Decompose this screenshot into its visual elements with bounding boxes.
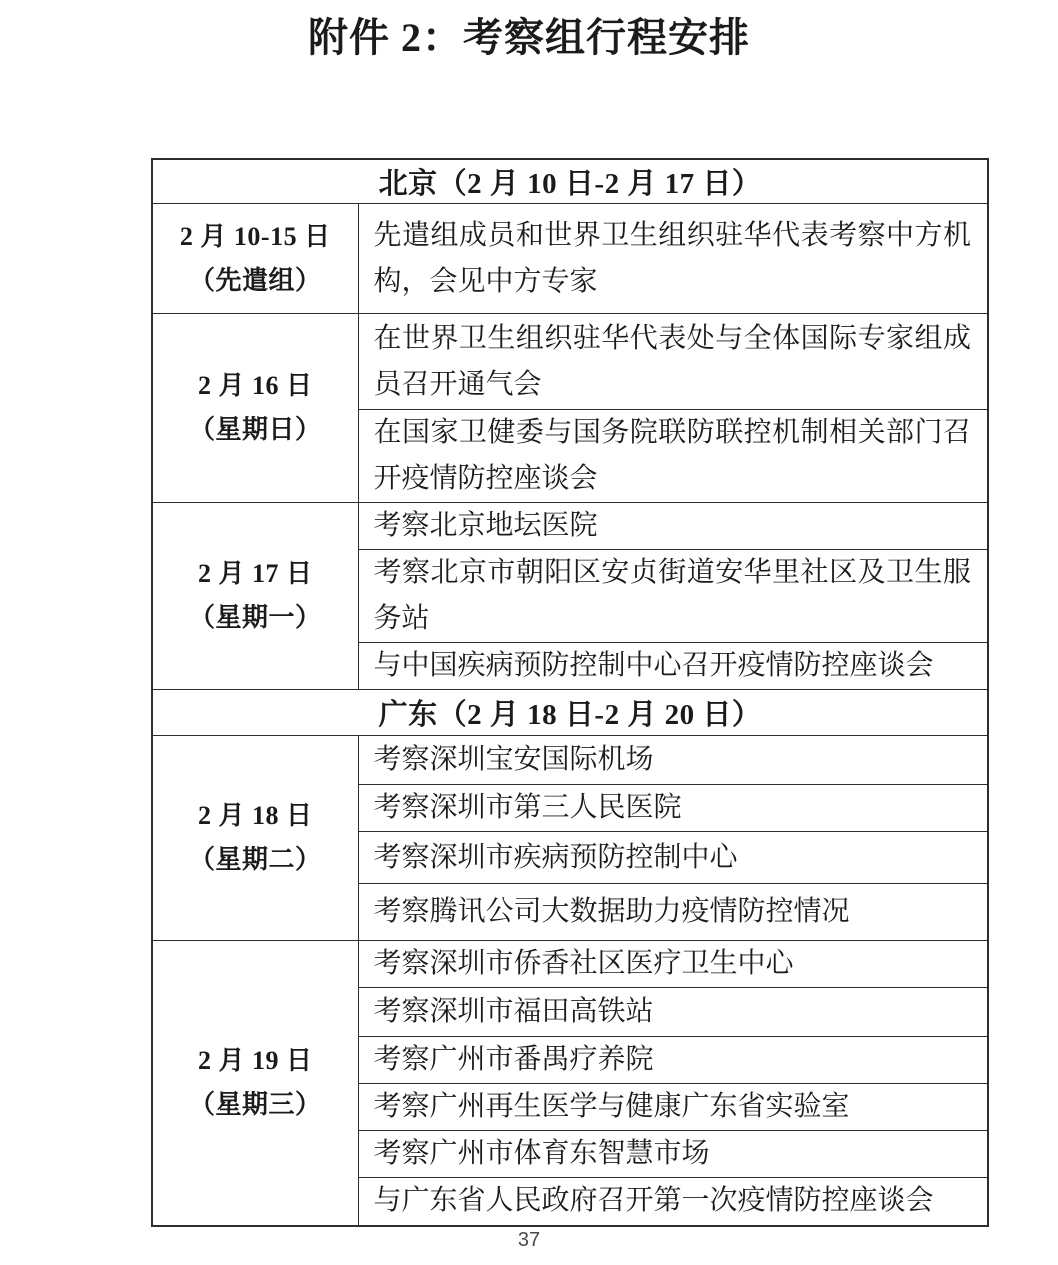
date-line-1: 2 月 17 日 [154,552,357,596]
activity-cell: 考察北京地坛医院 [358,503,988,550]
activity-cell: 考察深圳市疾病预防控制中心 [358,832,988,884]
date-line-1: 2 月 10-15 日 [154,215,357,259]
activity-cell: 考察深圳宝安国际机场 [358,736,988,785]
date-line-2: （星期日） [154,408,357,452]
activity-cell: 考察北京市朝阳区安贞街道安华里社区及卫生服务站 [358,550,988,643]
itinerary-table: 北京（2 月 10 日-2 月 17 日） 2 月 10-15 日 （先遣组） … [151,158,989,1227]
date-cell: 2 月 19 日 （星期三） [152,941,358,1226]
date-line-1: 2 月 18 日 [154,794,357,838]
activity-cell: 考察深圳市侨香社区医疗卫生中心 [358,941,988,988]
activity-cell: 与中国疾病预防控制中心召开疫情防控座谈会 [358,643,988,690]
activity-cell: 考察深圳市第三人民医院 [358,785,988,832]
activity-cell: 考察广州再生医学与健康广东省实验室 [358,1084,988,1131]
section-header-beijing: 北京（2 月 10 日-2 月 17 日） [152,159,988,204]
activity-cell: 考察广州市番禺疗养院 [358,1037,988,1084]
activity-cell: 与广东省人民政府召开第一次疫情防控座谈会 [358,1178,988,1226]
activity-cell: 在世界卫生组织驻华代表处与全体国际专家组成员召开通气会 [358,314,988,410]
page-title: 附件 2：考察组行程安排 [0,6,1058,63]
page-number: 37 [0,1229,1058,1252]
date-line-1: 2 月 16 日 [154,364,357,408]
section-header-guangdong: 广东（2 月 18 日-2 月 20 日） [152,690,988,736]
date-line-2: （先遣组） [154,259,357,303]
activity-cell: 考察腾讯公司大数据助力疫情防控情况 [358,884,988,941]
date-cell: 2 月 18 日 （星期二） [152,736,358,941]
activity-cell: 在国家卫健委与国务院联防联控机制相关部门召开疫情防控座谈会 [358,410,988,503]
date-line-1: 2 月 19 日 [154,1039,357,1083]
date-cell: 2 月 17 日 （星期一） [152,503,358,690]
date-cell: 2 月 10-15 日 （先遣组） [152,204,358,314]
date-line-2: （星期一） [154,596,357,640]
activity-cell: 先遣组成员和世界卫生组织驻华代表考察中方机构，会见中方专家 [358,204,988,314]
activity-cell: 考察广州市体育东智慧市场 [358,1131,988,1178]
date-line-2: （星期二） [154,838,357,882]
date-cell: 2 月 16 日 （星期日） [152,314,358,503]
activity-cell: 考察深圳市福田高铁站 [358,988,988,1037]
date-line-2: （星期三） [154,1083,357,1127]
